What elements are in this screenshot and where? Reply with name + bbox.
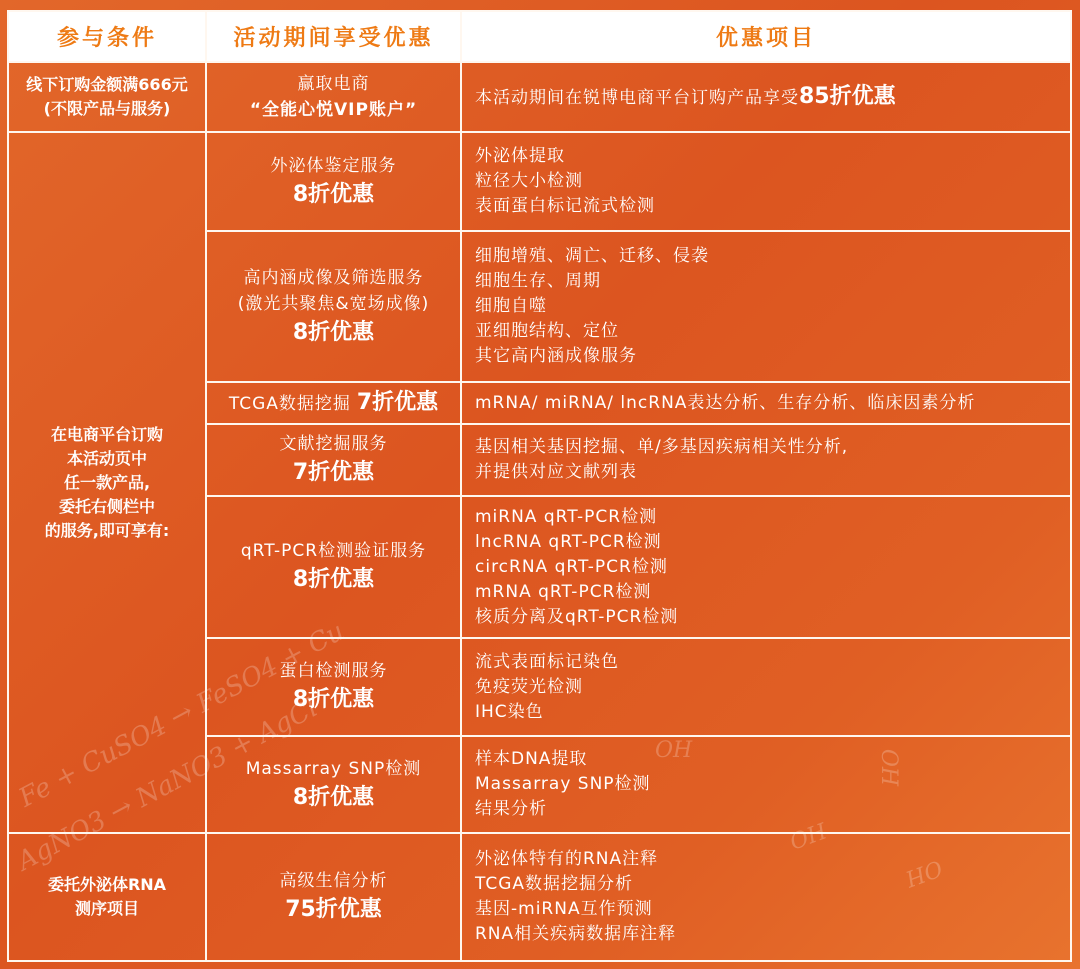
offer-cell: 高内涵成像及筛选服务 (激光共聚焦&宽场成像) 8折优惠 xyxy=(206,231,461,382)
item-line: 外泌体特有的RNA注释 xyxy=(475,847,1070,872)
item-line: 其它高内涵成像服务 xyxy=(475,344,1070,369)
condition-line: 本活动页中 xyxy=(9,447,205,471)
items-cell: 样本DNA提取 Massarray SNP检测 结果分析 xyxy=(461,736,1071,833)
service-name: 高级生信分析 xyxy=(207,868,460,894)
item-line: IHC染色 xyxy=(475,700,1070,725)
condition-line: 线下订购金额满666元 xyxy=(9,73,205,97)
header-items: 优惠项目 xyxy=(461,11,1071,62)
service-name: (激光共聚焦&宽场成像) xyxy=(207,291,460,317)
item-line: miRNA qRT-PCR检测 xyxy=(475,505,1070,530)
item-line: mRNA/ miRNA/ lncRNA表达分析、生存分析、临床因素分析 xyxy=(475,391,1070,416)
items-cell: 细胞增殖、凋亡、迁移、侵袭 细胞生存、周期 细胞自噬 亚细胞结构、定位 其它高内… xyxy=(461,231,1071,382)
items-cell: 本活动期间在锐博电商平台订购产品享受85折优惠 xyxy=(461,62,1071,132)
items-cell: 基因相关基因挖掘、单/多基因疾病相关性分析, 并提供对应文献列表 xyxy=(461,424,1071,496)
service-name: 文献挖掘服务 xyxy=(207,431,460,457)
discount-highlight: 85折优惠 xyxy=(799,84,896,109)
discount-label: 7折优惠 xyxy=(207,457,460,489)
condition-line: 委托外泌体RNA xyxy=(9,873,205,897)
table-row-rna-seq: 委托外泌体RNA 测序项目 高级生信分析 75折优惠 外泌体特有的RNA注释 T… xyxy=(8,833,1071,961)
discount-label: 7折优惠 xyxy=(357,390,438,415)
items-cell: 外泌体提取 粒径大小检测 表面蛋白标记流式检测 xyxy=(461,132,1071,231)
item-line: 结果分析 xyxy=(475,797,1070,822)
item-line: 流式表面标记染色 xyxy=(475,650,1070,675)
item-line: 样本DNA提取 xyxy=(475,747,1070,772)
condition-line: 在电商平台订购 xyxy=(9,423,205,447)
header-offers: 活动期间享受优惠 xyxy=(206,11,461,62)
service-name: 高内涵成像及筛选服务 xyxy=(207,265,460,291)
items-cell: 外泌体特有的RNA注释 TCGA数据挖掘分析 基因-miRNA互作预测 RNA相… xyxy=(461,833,1071,961)
condition-line: 任一款产品, xyxy=(9,471,205,495)
item-line: 细胞自噬 xyxy=(475,294,1070,319)
offer-line: “全能心悦VIP账户” xyxy=(207,97,460,123)
item-text: 本活动期间在锐博电商平台订购产品享受 xyxy=(475,88,799,108)
condition-cell: 委托外泌体RNA 测序项目 xyxy=(8,833,206,961)
service-name: 蛋白检测服务 xyxy=(207,658,460,684)
service-name: TCGA数据挖掘 xyxy=(229,394,351,414)
item-line: 细胞生存、周期 xyxy=(475,269,1070,294)
discount-label: 8折优惠 xyxy=(207,684,460,716)
discount-label: 8折优惠 xyxy=(207,179,460,211)
item-line: 细胞增殖、凋亡、迁移、侵袭 xyxy=(475,244,1070,269)
offer-cell: qRT-PCR检测验证服务 8折优惠 xyxy=(206,496,461,638)
condition-line: 的服务,即可享有: xyxy=(9,519,205,543)
condition-line: 委托右侧栏中 xyxy=(9,495,205,519)
discount-label: 8折优惠 xyxy=(207,782,460,814)
discount-label: 8折优惠 xyxy=(207,317,460,349)
service-name: 外泌体鉴定服务 xyxy=(207,153,460,179)
offer-cell: Massarray SNP检测 8折优惠 xyxy=(206,736,461,833)
item-line: 并提供对应文献列表 xyxy=(475,460,1070,485)
condition-line: 测序项目 xyxy=(9,897,205,921)
items-cell: mRNA/ miRNA/ lncRNA表达分析、生存分析、临床因素分析 xyxy=(461,382,1071,424)
item-line: lncRNA qRT-PCR检测 xyxy=(475,530,1070,555)
service-name: qRT-PCR检测验证服务 xyxy=(207,538,460,564)
item-line: TCGA数据挖掘分析 xyxy=(475,872,1070,897)
item-line: 外泌体提取 xyxy=(475,144,1070,169)
items-cell: 流式表面标记染色 免疫荧光检测 IHC染色 xyxy=(461,638,1071,736)
offer-cell: 文献挖掘服务 7折优惠 xyxy=(206,424,461,496)
item-line: 免疫荧光检测 xyxy=(475,675,1070,700)
item-line: Massarray SNP检测 xyxy=(475,772,1070,797)
offer-cell: TCGA数据挖掘7折优惠 xyxy=(206,382,461,424)
service-name: Massarray SNP检测 xyxy=(207,756,460,782)
item-line: circRNA qRT-PCR检测 xyxy=(475,555,1070,580)
item-line: 核质分离及qRT-PCR检测 xyxy=(475,605,1070,630)
offer-line: 赢取电商 xyxy=(207,71,460,97)
promotion-table: 参与条件 活动期间享受优惠 优惠项目 线下订购金额满666元 (不限产品与服务)… xyxy=(7,10,1072,962)
offer-cell: 蛋白检测服务 8折优惠 xyxy=(206,638,461,736)
items-cell: miRNA qRT-PCR检测 lncRNA qRT-PCR检测 circRNA… xyxy=(461,496,1071,638)
offer-cell: 外泌体鉴定服务 8折优惠 xyxy=(206,132,461,231)
item-line: 基因-miRNA互作预测 xyxy=(475,897,1070,922)
condition-line: (不限产品与服务) xyxy=(9,97,205,121)
item-line: 粒径大小检测 xyxy=(475,169,1070,194)
condition-cell: 线下订购金额满666元 (不限产品与服务) xyxy=(8,62,206,132)
table-header-row: 参与条件 活动期间享受优惠 优惠项目 xyxy=(8,11,1071,62)
offer-cell: 高级生信分析 75折优惠 xyxy=(206,833,461,961)
table-row-vip: 线下订购金额满666元 (不限产品与服务) 赢取电商 “全能心悦VIP账户” 本… xyxy=(8,62,1071,132)
table-row-service: 在电商平台订购 本活动页中 任一款产品, 委托右侧栏中 的服务,即可享有: 外泌… xyxy=(8,132,1071,231)
item-line: 亚细胞结构、定位 xyxy=(475,319,1070,344)
item-line: 基因相关基因挖掘、单/多基因疾病相关性分析, xyxy=(475,435,1070,460)
item-line: RNA相关疾病数据库注释 xyxy=(475,922,1070,947)
header-conditions: 参与条件 xyxy=(8,11,206,62)
discount-label: 8折优惠 xyxy=(207,564,460,596)
item-line: 表面蛋白标记流式检测 xyxy=(475,194,1070,219)
discount-label: 75折优惠 xyxy=(207,894,460,926)
item-line: mRNA qRT-PCR检测 xyxy=(475,580,1070,605)
condition-cell-platform: 在电商平台订购 本活动页中 任一款产品, 委托右侧栏中 的服务,即可享有: xyxy=(8,132,206,833)
offer-cell: 赢取电商 “全能心悦VIP账户” xyxy=(206,62,461,132)
